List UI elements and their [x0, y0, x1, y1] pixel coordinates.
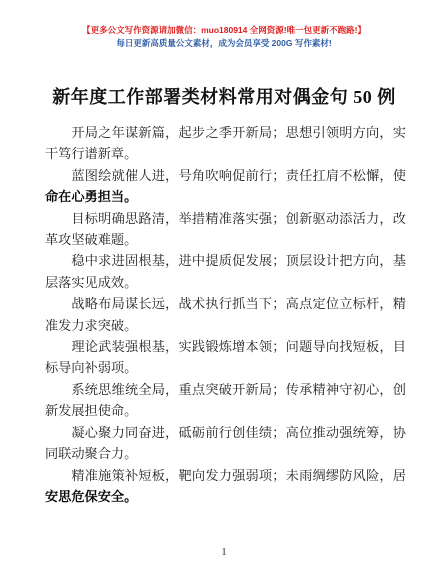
paragraph-line: 标导向补弱项。 [45, 357, 406, 378]
body-text: 准发力求突破。 [45, 318, 137, 333]
document-page: 【更多公文写作资源请加微信：muo180914 全网资源!唯一包更新不跑路!】 … [0, 0, 448, 580]
body-text: 凝心聚力同奋进，砥砺前行创佳绩；高位推动强统筹，协 [71, 425, 406, 440]
body-text: 干笃行谱新章。 [45, 146, 137, 161]
paragraph-line: 战略布局谋长远，战术执行抓当下；高点定位立标杆，精 [45, 293, 406, 314]
body-text: 系统思维统全局，重点突破开新局；传承精神守初心，创 [71, 382, 406, 397]
body-text: 稳中求进固根基，进中提质促发展；顶层设计把方向，基 [71, 253, 406, 268]
paragraph: 稳中求进固根基，进中提质促发展；顶层设计把方向，基层落实见成效。 [45, 250, 406, 293]
paragraph-line: 安思危保安全。 [45, 486, 406, 507]
paragraph-line: 开局之年谋新篇，起步之季开新局；思想引领明方向，实 [45, 122, 406, 143]
paragraph: 理论武装强根基，实践锻炼增本领；问题导向找短板，目标导向补弱项。 [45, 336, 406, 379]
paragraph: 目标明确思路清，举措精准落实强；创新驱动添活力，改革攻坚破难题。 [45, 208, 406, 251]
paragraph-line: 同联动聚合力。 [45, 443, 406, 464]
paragraph: 凝心聚力同奋进，砥砺前行创佳绩；高位推动强统筹，协同联动聚合力。 [45, 422, 406, 465]
page-number: 1 [0, 546, 448, 558]
promo-banner: 【更多公文写作资源请加微信：muo180914 全网资源!唯一包更新不跑路!】 … [0, 0, 448, 50]
body-text: 开局之年谋新篇，起步之季开新局；思想引领明方向，实 [71, 125, 406, 140]
paragraph-line: 精准施策补短板，靶向发力强弱项；未雨绸缪防风险，居 [45, 465, 406, 486]
paragraph-line: 干笃行谱新章。 [45, 143, 406, 164]
body-text: 目标明确思路清，举措精准落实强；创新驱动添活力，改 [71, 211, 406, 226]
paragraph-line: 新发展担使命。 [45, 400, 406, 421]
body-text: 层落实见成效。 [45, 275, 137, 290]
paragraph-line: 稳中求进固根基，进中提质促发展；顶层设计把方向，基 [45, 250, 406, 271]
paragraph-line: 目标明确思路清，举措精准落实强；创新驱动添活力，改 [45, 208, 406, 229]
document-body: 开局之年谋新篇，起步之季开新局；思想引领明方向，实干笃行谱新章。蓝图绘就催人进，… [45, 122, 406, 507]
paragraph-line: 准发力求突破。 [45, 315, 406, 336]
paragraph-line: 命在心勇担当。 [45, 186, 406, 207]
body-text: 革攻坚破难题。 [45, 232, 137, 247]
paragraph-line: 蓝图绘就催人进，号角吹响促前行；责任扛肩不松懈，使 [45, 165, 406, 186]
body-text: 蓝图绘就催人进，号角吹响促前行；责任扛肩不松懈，使 [71, 168, 406, 183]
banner-line-2: 每日更新高质量公文素材，成为会员享受 200G 写作素材! [0, 37, 448, 50]
body-text: 理论武装强根基，实践锻炼增本领；问题导向找短板，目 [71, 339, 406, 354]
body-text: 新发展担使命。 [45, 403, 137, 418]
body-text: 战略布局谋长远，战术执行抓当下；高点定位立标杆，精 [71, 296, 406, 311]
paragraph: 系统思维统全局，重点突破开新局；传承精神守初心，创新发展担使命。 [45, 379, 406, 422]
bold-emphasis-text: 命在心勇担当。 [45, 189, 137, 204]
paragraph: 精准施策补短板，靶向发力强弱项；未雨绸缪防风险，居安思危保安全。 [45, 465, 406, 508]
body-text: 同联动聚合力。 [45, 446, 137, 461]
paragraph-line: 层落实见成效。 [45, 272, 406, 293]
paragraph-line: 革攻坚破难题。 [45, 229, 406, 250]
banner-line-1: 【更多公文写作资源请加微信：muo180914 全网资源!唯一包更新不跑路!】 [0, 24, 448, 37]
body-text: 标导向补弱项。 [45, 360, 137, 375]
page-title: 新年度工作部署类材料常用对偶金句 50 例 [0, 83, 448, 109]
paragraph: 战略布局谋长远，战术执行抓当下；高点定位立标杆，精准发力求突破。 [45, 293, 406, 336]
paragraph: 开局之年谋新篇，起步之季开新局；思想引领明方向，实干笃行谱新章。 [45, 122, 406, 165]
bold-emphasis-text: 安思危保安全。 [45, 489, 137, 504]
paragraph-line: 系统思维统全局，重点突破开新局；传承精神守初心，创 [45, 379, 406, 400]
paragraph-line: 理论武装强根基，实践锻炼增本领；问题导向找短板，目 [45, 336, 406, 357]
body-text: 精准施策补短板，靶向发力强弱项；未雨绸缪防风险，居 [71, 468, 406, 483]
paragraph-line: 凝心聚力同奋进，砥砺前行创佳绩；高位推动强统筹，协 [45, 422, 406, 443]
paragraph: 蓝图绘就催人进，号角吹响促前行；责任扛肩不松懈，使命在心勇担当。 [45, 165, 406, 208]
